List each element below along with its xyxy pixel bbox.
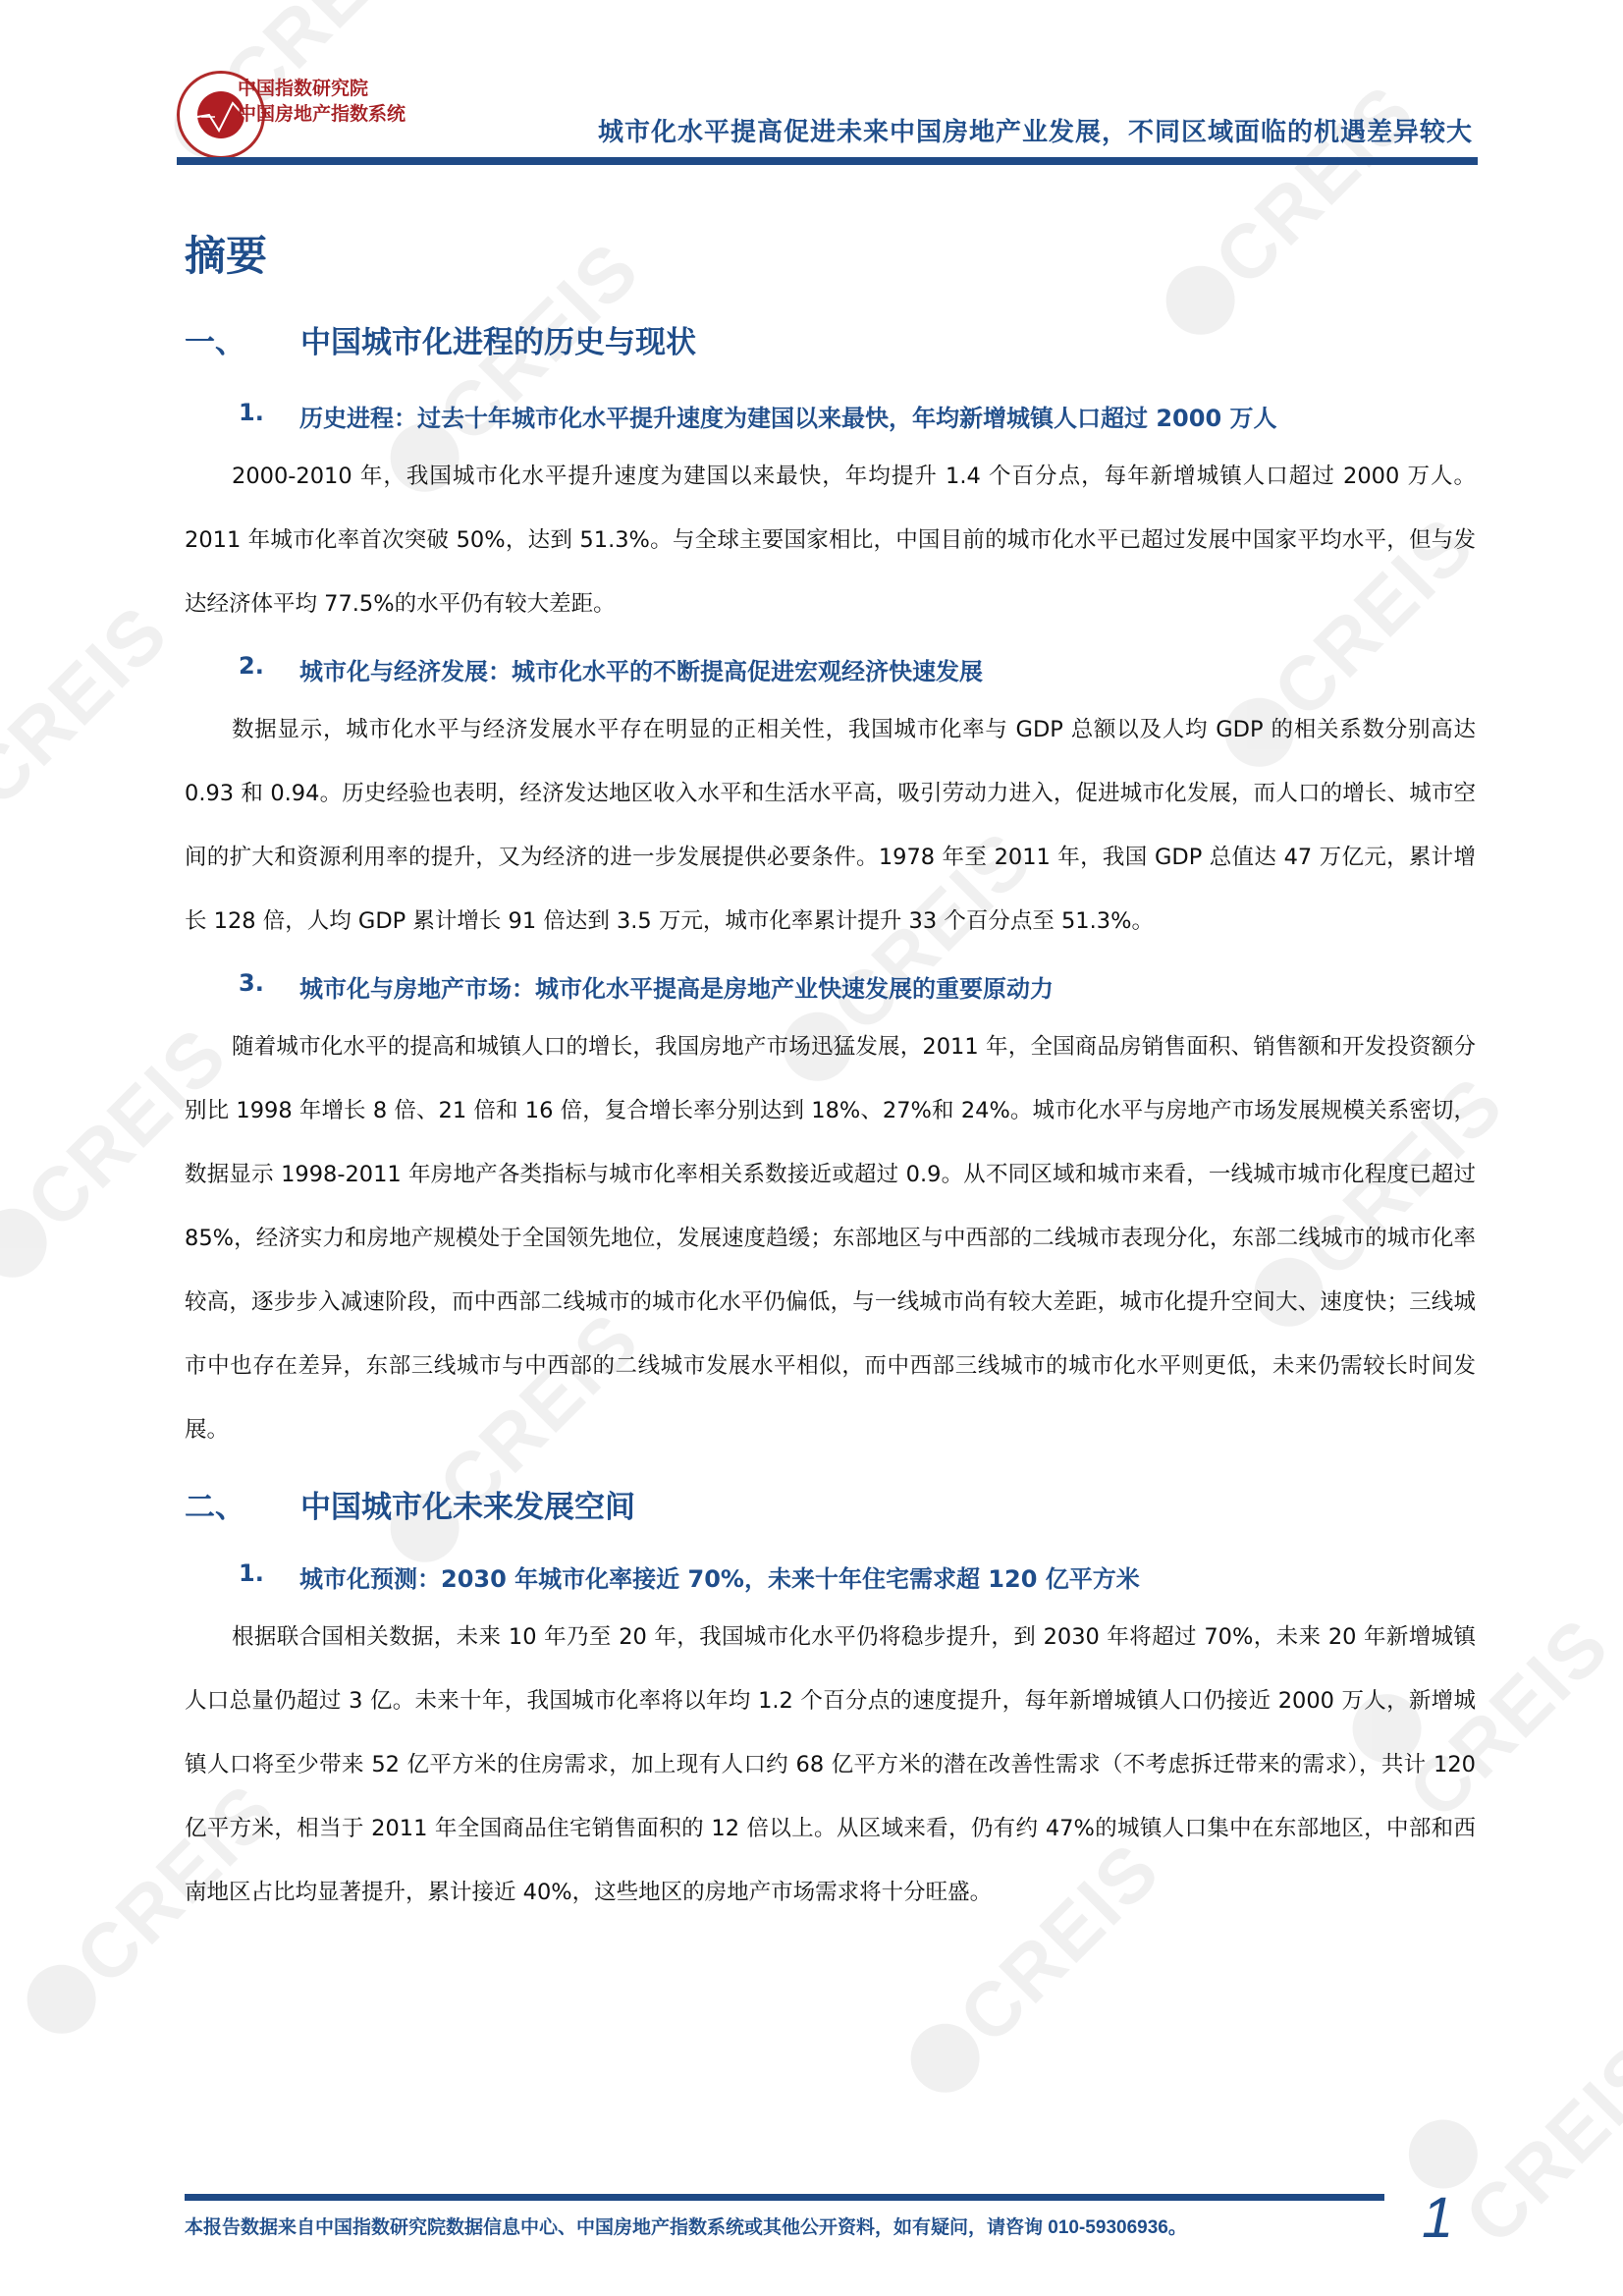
section-heading-1: 一、 中国城市化进程的历史与现状	[185, 317, 1476, 361]
subsection-heading-1-2: 2. 城市化与经济发展：城市化水平的不断提高促进宏观经济快速发展	[185, 652, 1476, 686]
paragraph-1-1: 2000-2010 年，我国城市化水平提升速度为建国以来最快，年均提升 1.4 …	[185, 445, 1476, 636]
footer-note: 本报告数据来自中国指数研究院数据信息中心、中国房地产指数系统或其他公开资料，如有…	[185, 2213, 1187, 2239]
page-number: 1	[1422, 2185, 1453, 2251]
watermark-logo-icon	[896, 2009, 994, 2106]
document-body: 摘要 一、 中国城市化进程的历史与现状 1. 历史进程：过去十年城市化水平提升速…	[185, 221, 1476, 1925]
watermark-logo-icon	[13, 1950, 110, 2048]
abstract-title: 摘要	[185, 221, 1476, 292]
paragraph-2-1: 根据联合国相关数据，未来 10 年乃至 20 年，我国城市化水平仍将稳步提升，到…	[185, 1606, 1476, 1925]
subsection-heading-1-1: 1. 历史进程：过去十年城市化水平提升速度为建国以来最快，年均新增城镇人口超过 …	[185, 399, 1476, 433]
watermark-logo-icon	[0, 772, 2, 869]
paragraph-1-2: 数据显示，城市化水平与经济发展水平存在明显的正相关性，我国城市化率与 GDP 总…	[185, 698, 1476, 954]
subsection-heading-2-1: 1. 城市化预测：2030 年城市化率接近 70%，未来十年住宅需求超 120 …	[185, 1559, 1476, 1594]
header-divider	[177, 157, 1478, 165]
organization-name: 中国指数研究院 中国房地产指数系统	[238, 77, 406, 128]
page-header: 中国指数研究院 中国房地产指数系统 城市化水平提高促进未来中国房地产业发展，不同…	[177, 61, 1478, 169]
footer-divider	[185, 2194, 1384, 2201]
subsection-heading-1-3: 3. 城市化与房地产市场：城市化水平提高是房地产业快速发展的重要原动力	[185, 969, 1476, 1004]
section-heading-2: 二、 中国城市化未来发展空间	[185, 1482, 1476, 1526]
report-title: 城市化水平提高促进未来中国房地产业发展，不同区域面临的机遇差异较大	[598, 112, 1473, 148]
watermark-logo-icon	[0, 1194, 61, 1291]
watermark: CREIS	[0, 588, 186, 877]
paragraph-1-3: 随着城市化水平的提高和城镇人口的增长，我国房地产市场迅猛发展，2011 年，全国…	[185, 1015, 1476, 1462]
